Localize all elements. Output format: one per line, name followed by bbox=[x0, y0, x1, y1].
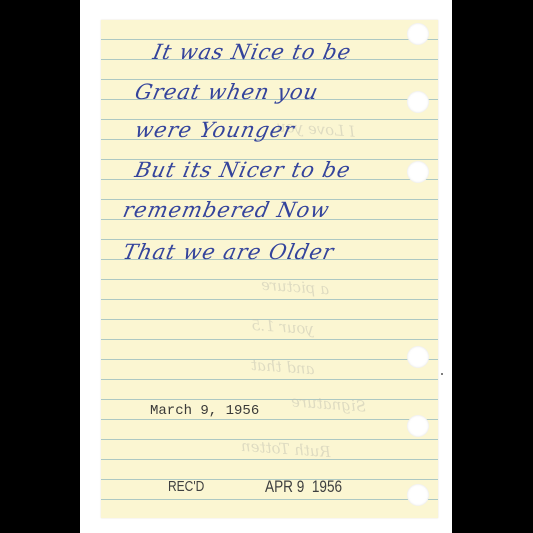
ruled-line bbox=[101, 299, 438, 300]
bleed-through-mark: your 1.5 bbox=[250, 316, 314, 338]
ruled-line bbox=[101, 419, 438, 420]
handwritten-line-3: were Younger bbox=[133, 120, 297, 141]
received-stamp-label: REC'D bbox=[168, 479, 204, 494]
punch-hole bbox=[407, 91, 429, 113]
punch-hole bbox=[407, 23, 429, 45]
ruled-line bbox=[101, 379, 438, 380]
handwritten-line-6: That we are Older bbox=[121, 242, 336, 263]
ruled-line bbox=[101, 499, 438, 500]
bleed-through-mark: Signature bbox=[290, 392, 366, 415]
bleed-through-mark: a picture bbox=[260, 276, 329, 299]
punch-hole bbox=[407, 484, 429, 506]
received-stamp-date: APR 9 1956 bbox=[265, 478, 342, 495]
handwritten-line-5: remembered Now bbox=[121, 200, 332, 221]
handwritten-line-2: Great when you bbox=[133, 82, 321, 103]
punch-hole bbox=[407, 161, 429, 183]
ruled-line bbox=[101, 339, 438, 340]
punch-hole bbox=[407, 415, 429, 437]
bleed-through-mark: and that bbox=[250, 356, 315, 378]
handwritten-line-4: But its Nicer to be bbox=[133, 160, 353, 181]
ruled-line bbox=[101, 399, 438, 400]
dust-speck bbox=[441, 373, 443, 375]
typed-date: March 9, 1956 bbox=[150, 404, 259, 418]
note-paper: I Love you a picture your 1.5 and that S… bbox=[101, 20, 438, 518]
handwritten-line-1: It was Nice to be bbox=[151, 42, 353, 63]
ruled-line bbox=[101, 459, 438, 460]
bleed-through-mark: Ruth Totten bbox=[240, 437, 331, 461]
punch-hole bbox=[407, 346, 429, 368]
